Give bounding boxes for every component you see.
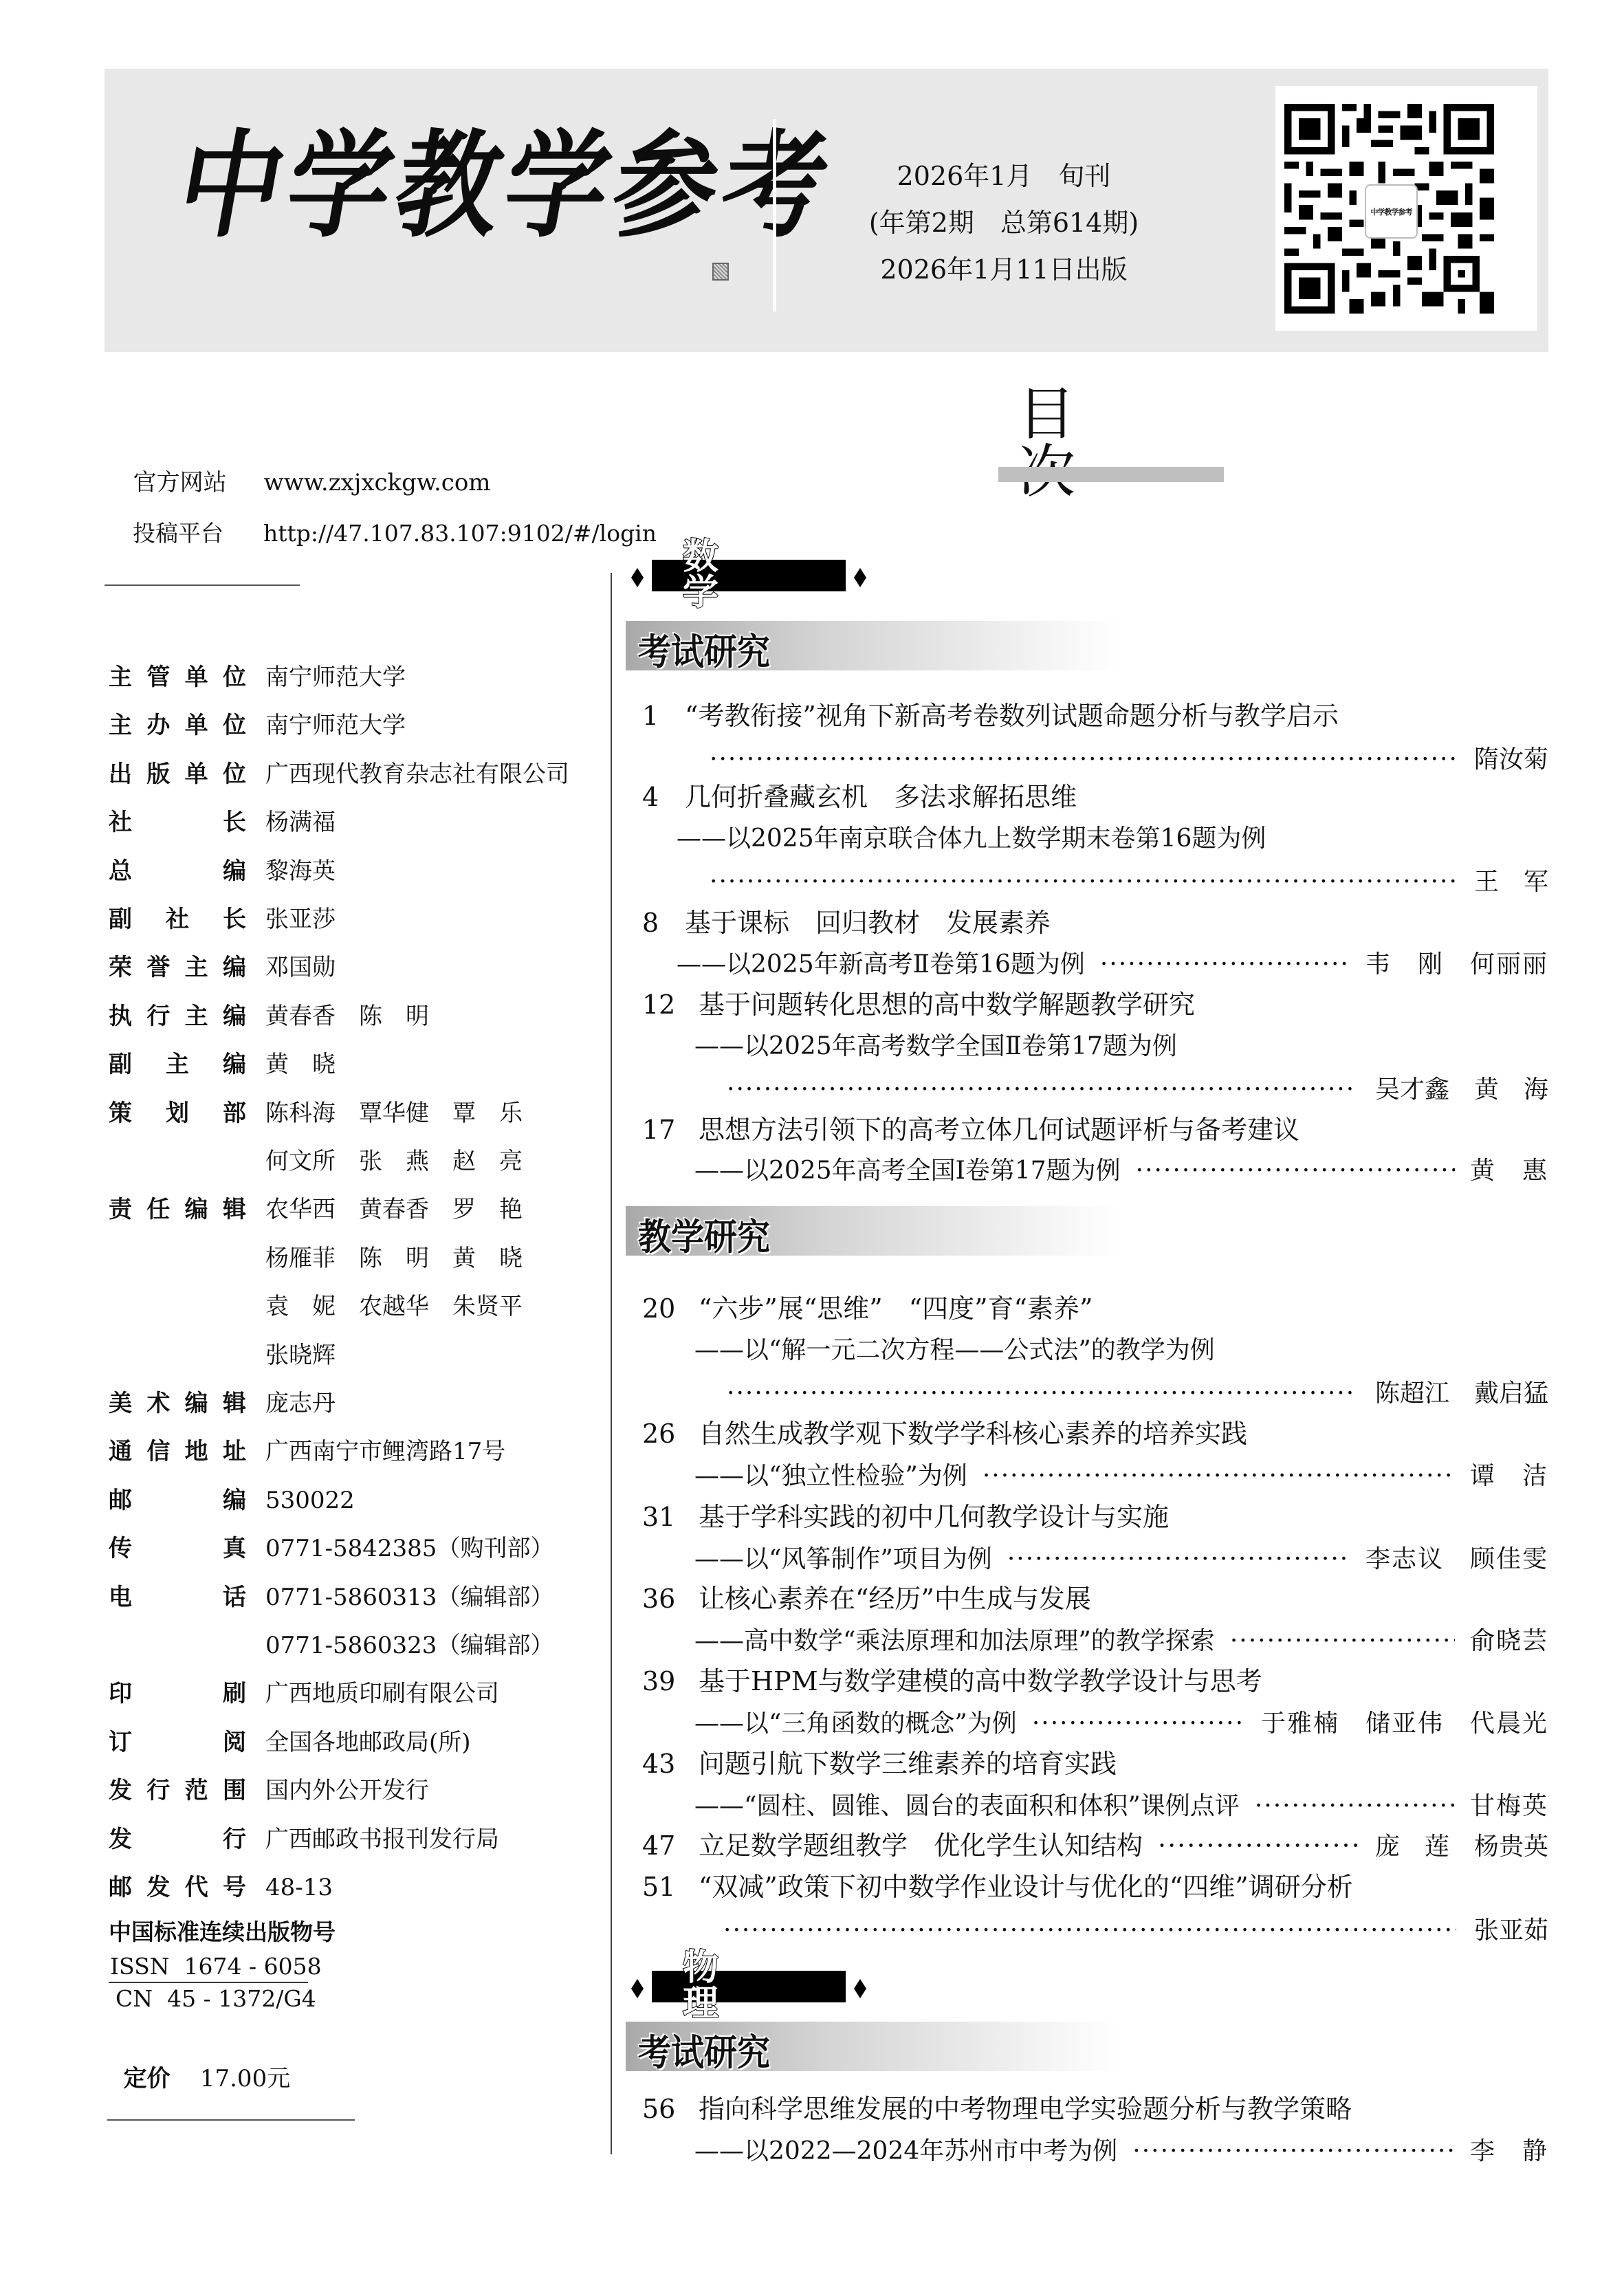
article-authors: 俞晓芸 [1470, 1626, 1548, 1657]
masthead-row: 副社长张亚莎 [109, 904, 604, 934]
toc-title-row[interactable]: 26自然生成教学观下数学学科核心素养的培养实践 [642, 1418, 1548, 1450]
article-title[interactable]: 自然生成教学观下数学学科核心素养的培养实践 [699, 1418, 1247, 1450]
page-number: 36 [642, 1583, 699, 1615]
masthead-label-text: 荣誉主编 [109, 952, 246, 983]
masthead-label: 总编 [109, 856, 265, 886]
article-subtitle: ——以2022—2024年苏州市中考为例 [694, 2136, 1117, 2167]
masthead-label: 订阅 [109, 1727, 265, 1758]
masthead-value: 杨满福 [265, 807, 336, 838]
masthead-label-text: 印刷 [109, 1679, 246, 1709]
article-subtitle: ——以2025年新高考Ⅱ卷第16题为例 [677, 949, 1085, 981]
leader-dots: ········································… [1158, 1830, 1360, 1861]
masthead-row: 执行主编黄春香 陈 明 [109, 1001, 604, 1031]
masthead-value: 农华西 黄春香 罗 艳 [265, 1194, 523, 1225]
leader-dots [1032, 1708, 1246, 1740]
masthead-label-text: 主办单位 [109, 710, 246, 741]
masthead-label [109, 1243, 265, 1273]
page-number: 39 [642, 1665, 699, 1697]
article-authors: 甘梅英 [1470, 1791, 1548, 1822]
diamond-left-icon [631, 568, 644, 587]
toc-author-row: 张亚茹 [723, 1915, 1548, 1947]
price-label: 定价 [124, 2065, 171, 2092]
article-authors: 于雅楠 储亚伟 代晨光 [1261, 1708, 1548, 1740]
article-title[interactable]: 基于学科实践的初中几何教学设计与实施 [699, 1501, 1169, 1533]
price-value: 17.00元 [200, 2065, 290, 2092]
toc-title-row[interactable]: 17思想方法引领下的高考立体几何试题评析与备考建议 [642, 1114, 1548, 1146]
leader-dots [727, 1378, 1357, 1410]
masthead-label: 执行主编 [109, 1001, 265, 1031]
toc-subtitle-row: ——以2025年高考数学全国Ⅱ卷第17题为例 [694, 1031, 1548, 1062]
column-divider [611, 573, 612, 2154]
qr-center-logo: 中学教学参考 [1365, 184, 1418, 239]
masthead-row: 印刷广西地质印刷有限公司 [109, 1679, 604, 1709]
masthead-row: 美术编辑庞志丹 [109, 1388, 604, 1419]
official-site-row: 官方网站www.zxjxckgw.com [118, 441, 491, 496]
toc-subtitle-row: ——以2025年南京联合体九上数学期末卷第16题为例 [677, 823, 1548, 855]
toc-title-row[interactable]: 56指向科学思维发展的中考物理电学实验题分析与教学策略 [642, 2093, 1548, 2125]
masthead-value: 邓国勋 [265, 952, 336, 983]
masthead-label: 邮发代号 [109, 1872, 265, 1903]
calligrapher-seal-icon [712, 263, 729, 281]
article-authors: 李 静 [1470, 2136, 1548, 2167]
toc-subtitle-row: ——以2025年新高考Ⅱ卷第16题为例韦 刚 何丽丽 [677, 949, 1548, 981]
leader-dots [983, 1461, 1455, 1492]
publish-date-line: 2026年1月11日出版 [811, 246, 1196, 293]
masthead-label-text: 邮发代号 [109, 1872, 246, 1903]
leader-dots [710, 866, 1456, 898]
serial-number-label: 中国标准连续出版物号 [109, 1914, 336, 1947]
article-subtitle: ——高中数学“乘法原理和加法原理”的教学探索 [694, 1626, 1215, 1657]
article-subtitle: ——“圆柱、圆锥、圆台的表面积和体积”课例点评 [694, 1791, 1240, 1822]
left-rule-bottom [107, 2119, 355, 2121]
masthead-label: 邮编 [109, 1485, 265, 1516]
section-teaching-research: 教学研究 [626, 1206, 1121, 1256]
masthead-label-text: 传真 [109, 1533, 246, 1564]
masthead-label: 传真 [109, 1533, 265, 1564]
article-authors: 张亚茹 [1474, 1915, 1548, 1947]
masthead-value: 南宁师范大学 [265, 662, 406, 692]
masthead-label-text: 电话 [109, 1582, 246, 1612]
article-authors: 韦 刚 何丽丽 [1365, 949, 1548, 981]
article-authors: 谭 洁 [1470, 1461, 1548, 1492]
masthead-row: 0771-5860323（编辑部） [109, 1630, 604, 1661]
page-number: 1 [642, 700, 685, 732]
subject-math-label: 数学 [683, 539, 757, 611]
masthead-row: 何文所 张 燕 赵 亮 [109, 1146, 604, 1177]
journal-title-calligraphy: 中学教学参考 [170, 128, 842, 243]
article-authors: 李志议 顾佳雯 [1365, 1544, 1548, 1575]
toc-title-row[interactable]: 47立足数学题组教学 优化学生认知结构·····················… [642, 1830, 1548, 1863]
header-divider [773, 119, 776, 311]
article-subtitle: ——以2025年南京联合体九上数学期末卷第16题为例 [677, 823, 1266, 855]
masthead-value: 广西南宁市鲤湾路17号 [265, 1436, 505, 1467]
masthead-label-text: 社长 [109, 807, 246, 838]
issn-value: ISSN 1674 - 6058 [110, 1953, 322, 1980]
masthead-row: 传真0771-5842385（购刊部） [109, 1533, 604, 1564]
article-title[interactable]: “考教衔接”视角下新高考卷数列试题命题分析与教学启示 [685, 700, 1339, 732]
section-exam-research-physics: 考试研究 [626, 2022, 1121, 2071]
masthead-value: 袁 妮 农越华 朱贤平 [265, 1291, 523, 1322]
masthead-value: 国内外公开发行 [265, 1775, 429, 1806]
toc-author-row: 陈超江 戴启猛 [727, 1378, 1548, 1410]
masthead-label: 通信地址 [109, 1436, 265, 1467]
masthead-label-text: 邮编 [109, 1485, 246, 1516]
article-subtitle: ——以“风筝制作”项目为例 [694, 1544, 992, 1575]
toc-subtitle-row: ——以2022—2024年苏州市中考为例李 静 [694, 2136, 1548, 2167]
article-authors: 王 军 [1474, 866, 1548, 898]
article-subtitle: ——以“独立性检验”为例 [694, 1461, 967, 1492]
issn-divider [109, 1982, 308, 1983]
masthead-label: 策划部 [109, 1098, 265, 1128]
article-title[interactable]: 几何折叠藏玄机 多法求解拓思维 [685, 781, 1077, 813]
toc-title-underbar [998, 467, 1224, 482]
article-title[interactable]: 立足数学题组教学 优化学生认知结构 [699, 1830, 1143, 1861]
masthead-row: 责任编辑农华西 黄春香 罗 艳 [109, 1194, 604, 1225]
masthead-label: 副社长 [109, 904, 265, 934]
article-title[interactable]: 基于课标 回归教材 发展素养 [685, 907, 1051, 939]
toc-title-row[interactable]: 20“六步”展“思维” “四度”育“素养” [642, 1293, 1548, 1324]
masthead-label-text: 策划部 [109, 1098, 246, 1128]
submission-platform-label: 投稿平台 [133, 520, 263, 547]
masthead-label: 副主编 [109, 1049, 265, 1080]
masthead-value: 庞志丹 [265, 1388, 336, 1419]
page-number: 47 [642, 1830, 699, 1861]
toc-subtitle-row: ——以“三角函数的概念”为例于雅楠 储亚伟 代晨光 [694, 1708, 1548, 1740]
masthead-row: 主管单位南宁师范大学 [109, 662, 604, 692]
cn-value: CN 45 - 1372/G4 [116, 1985, 316, 2012]
issue-date-block: 2026年1月 旬刊 (年第2期 总第614期) 2026年1月11日出版 [811, 153, 1196, 293]
submission-platform-row: 投稿平台http://47.107.83.107:9102/#/login [118, 492, 657, 547]
masthead-row: 发行广西邮政书报刊发行局 [109, 1824, 604, 1855]
article-authors: 吴才鑫 黄 海 [1375, 1074, 1548, 1106]
toc-title-row[interactable]: 31基于学科实践的初中几何教学设计与实施 [642, 1501, 1548, 1533]
article-subtitle: ——以2025年高考全国Ⅰ卷第17题为例 [694, 1155, 1121, 1187]
masthead-value: 广西现代教育杂志社有限公司 [265, 759, 569, 789]
masthead-label-text: 执行主编 [109, 1001, 246, 1031]
article-authors: 庞 莲 杨贵英 [1375, 1831, 1548, 1863]
masthead-label-text: 发行 [109, 1824, 246, 1855]
masthead-label-text: 总编 [109, 856, 246, 886]
toc-title-row[interactable]: 43问题引航下数学三维素养的培育实践 [642, 1748, 1548, 1780]
masthead-row: 通信地址广西南宁市鲤湾路17号 [109, 1436, 604, 1467]
page-number: 4 [642, 781, 685, 813]
masthead-value: 南宁师范大学 [265, 710, 406, 741]
masthead-row: 邮发代号48-13 [109, 1872, 604, 1903]
masthead-value: 陈科海 覃华健 覃 乐 [265, 1098, 523, 1128]
leader-dots [1255, 1791, 1455, 1822]
section-exam-research: 考试研究 [626, 621, 1121, 670]
leader-dots [723, 1915, 1456, 1947]
masthead-label-text: 副主编 [109, 1049, 246, 1080]
toc-subtitle-row: ——以“风筝制作”项目为例李志议 顾佳雯 [694, 1544, 1548, 1575]
article-subtitle: ——以“解一元二次方程——公式法”的教学为例 [694, 1335, 1215, 1366]
masthead-label [109, 1146, 265, 1177]
masthead-label: 主管单位 [109, 662, 265, 692]
masthead-label-text: 出版单位 [109, 759, 246, 789]
masthead-value: 广西邮政书报刊发行局 [265, 1824, 499, 1855]
masthead-label: 社长 [109, 807, 265, 838]
leader-dots [710, 744, 1456, 776]
leader-dots [727, 1074, 1357, 1106]
masthead-label: 主办单位 [109, 710, 265, 741]
masthead-row: 主办单位南宁师范大学 [109, 710, 604, 741]
masthead-label [109, 1340, 265, 1370]
toc-subtitle-row: ——高中数学“乘法原理和加法原理”的教学探索俞晓芸 [694, 1626, 1548, 1657]
masthead-value: 0771-5860323（编辑部） [265, 1630, 553, 1661]
issue-number-line: (年第2期 总第614期) [811, 199, 1196, 246]
masthead-value: 0771-5842385（购刊部） [265, 1533, 553, 1564]
masthead-label-text: 责任编辑 [109, 1194, 246, 1225]
toc-subtitle-row: ——以“独立性检验”为例谭 洁 [694, 1461, 1548, 1492]
masthead-row: 社长杨满福 [109, 807, 604, 838]
toc-title-row[interactable]: 1“考教衔接”视角下新高考卷数列试题命题分析与教学启示 [642, 700, 1548, 732]
diamond-right-icon [854, 1979, 866, 1998]
masthead-label-text: 发行范围 [109, 1775, 246, 1806]
masthead-value: 0771-5860313（编辑部） [265, 1582, 553, 1612]
masthead-value: 48-13 [265, 1872, 333, 1903]
masthead-row: 邮编530022 [109, 1485, 604, 1516]
toc-author-row: 王 军 [710, 866, 1548, 898]
masthead-value: 何文所 张 燕 赵 亮 [265, 1146, 523, 1177]
page-number: 8 [642, 907, 685, 939]
masthead-value: 黄 晓 [265, 1049, 336, 1080]
toc-author-row: 吴才鑫 黄 海 [727, 1074, 1548, 1106]
toc-title-row[interactable]: 51“双减”政策下初中数学作业设计与优化的“四维”调研分析 [642, 1871, 1548, 1903]
price-row: 定价 17.00元 [109, 2032, 290, 2093]
masthead-label-text: 副社长 [109, 904, 246, 934]
toc-title-row[interactable]: 4几何折叠藏玄机 多法求解拓思维 [642, 781, 1548, 813]
masthead-label: 发行范围 [109, 1775, 265, 1806]
masthead-label-text: 美术编辑 [109, 1388, 246, 1419]
toc-subtitle-row: ——以“解一元二次方程——公式法”的教学为例 [694, 1335, 1548, 1366]
toc-title-row[interactable]: 36让核心素养在“经历”中生成与发展 [642, 1583, 1548, 1615]
masthead-label-text: 订阅 [109, 1727, 246, 1758]
masthead-row: 杨雁菲 陈 明 黄 晓 [109, 1243, 604, 1273]
masthead-label: 责任编辑 [109, 1194, 265, 1225]
section-label: 教学研究 [638, 1208, 770, 1260]
leader-dots [1100, 949, 1350, 981]
page-number: 26 [642, 1418, 699, 1450]
masthead-row: 发行范围国内外公开发行 [109, 1775, 604, 1806]
masthead-row: 策划部陈科海 覃华健 覃 乐 [109, 1098, 604, 1128]
issue-month-line: 2026年1月 旬刊 [811, 153, 1196, 199]
masthead-value: 广西地质印刷有限公司 [265, 1679, 499, 1709]
masthead-label [109, 1630, 265, 1661]
leader-dots [1007, 1544, 1350, 1575]
masthead-label: 出版单位 [109, 759, 265, 789]
article-title[interactable]: “六步”展“思维” “四度”育“素养” [699, 1293, 1093, 1324]
masthead-row: 张晓辉 [109, 1340, 604, 1370]
masthead-row: 订阅全国各地邮政局(所) [109, 1727, 604, 1758]
masthead-label: 荣誉主编 [109, 952, 265, 983]
masthead-value: 黎海英 [265, 856, 336, 886]
masthead-value: 黄春香 陈 明 [265, 1001, 429, 1031]
article-title[interactable]: 基于问题转化思想的高中数学解题教学研究 [699, 989, 1195, 1020]
submission-platform-link[interactable]: http://47.107.83.107:9102/#/login [263, 520, 657, 547]
page-number: 56 [642, 2093, 699, 2125]
masthead-row: 副主编黄 晓 [109, 1049, 604, 1080]
article-title[interactable]: 让核心素养在“经历”中生成与发展 [699, 1583, 1091, 1615]
masthead-label: 美术编辑 [109, 1388, 265, 1419]
article-title[interactable]: 基于HPM与数学建模的高中数学教学设计与思考 [699, 1665, 1262, 1697]
article-subtitle: ——以“三角函数的概念”为例 [694, 1708, 1017, 1740]
left-rule-top [105, 584, 300, 586]
article-title[interactable]: “双减”政策下初中数学作业设计与优化的“四维”调研分析 [699, 1871, 1353, 1903]
masthead-row: 电话0771-5860313（编辑部） [109, 1582, 604, 1612]
page-number: 12 [642, 989, 699, 1020]
article-subtitle: ——以2025年高考数学全国Ⅱ卷第17题为例 [694, 1031, 1177, 1062]
masthead-row: 出版单位广西现代教育杂志社有限公司 [109, 759, 604, 789]
page-number: 17 [642, 1114, 699, 1146]
toc-title-row[interactable]: 39基于HPM与数学建模的高中数学教学设计与思考 [642, 1665, 1548, 1697]
article-authors: 隋汝菊 [1474, 744, 1548, 776]
toc-subtitle-row: ——以2025年高考全国Ⅰ卷第17题为例黄 惠 [694, 1155, 1548, 1187]
article-authors: 黄 惠 [1470, 1155, 1548, 1187]
subject-physics-label: 物理 [683, 1950, 757, 2022]
masthead-row: 袁 妮 农越华 朱贤平 [109, 1291, 604, 1322]
masthead-label: 印刷 [109, 1679, 265, 1709]
masthead-value: 杨雁菲 陈 明 黄 晓 [265, 1243, 523, 1273]
masthead-label: 发行 [109, 1824, 265, 1855]
masthead-label-text: 主管单位 [109, 662, 246, 692]
masthead-row: 荣誉主编邓国勋 [109, 952, 604, 983]
article-title[interactable]: 问题引航下数学三维素养的培育实践 [699, 1748, 1117, 1780]
article-title[interactable]: 指向科学思维发展的中考物理电学实验题分析与教学策略 [699, 2093, 1352, 2125]
page-number: 43 [642, 1748, 699, 1780]
toc-title-row[interactable]: 12基于问题转化思想的高中数学解题教学研究 [642, 989, 1548, 1020]
masthead-row: 总编黎海英 [109, 856, 604, 886]
masthead-value: 张亚莎 [265, 904, 336, 934]
page-number: 20 [642, 1293, 699, 1324]
toc-title: 目次 [1018, 385, 1196, 501]
toc-subtitle-row: ——“圆柱、圆锥、圆台的表面积和体积”课例点评甘梅英 [694, 1791, 1548, 1822]
leader-dots [1230, 1626, 1455, 1657]
masthead-label [109, 1291, 265, 1322]
leader-dots [1136, 1155, 1455, 1187]
masthead-label: 电话 [109, 1582, 265, 1612]
section-label: 考试研究 [638, 2024, 770, 2076]
article-authors: 陈超江 戴启猛 [1375, 1378, 1548, 1410]
masthead-value: 张晓辉 [265, 1340, 336, 1370]
section-label: 考试研究 [638, 623, 770, 675]
toc-author-row: 隋汝菊 [710, 744, 1548, 776]
diamond-left-icon [631, 1979, 644, 1998]
masthead-value: 全国各地邮政局(所) [265, 1727, 471, 1758]
diamond-right-icon [854, 568, 866, 587]
masthead-value: 530022 [265, 1485, 355, 1516]
leader-dots [1132, 2136, 1455, 2167]
masthead-label-text: 通信地址 [109, 1436, 246, 1467]
article-title[interactable]: 思想方法引领下的高考立体几何试题评析与备考建议 [699, 1114, 1299, 1146]
page-number: 31 [642, 1501, 699, 1533]
toc-title-row[interactable]: 8基于课标 回归教材 发展素养 [642, 907, 1548, 939]
page-number: 51 [642, 1871, 699, 1903]
